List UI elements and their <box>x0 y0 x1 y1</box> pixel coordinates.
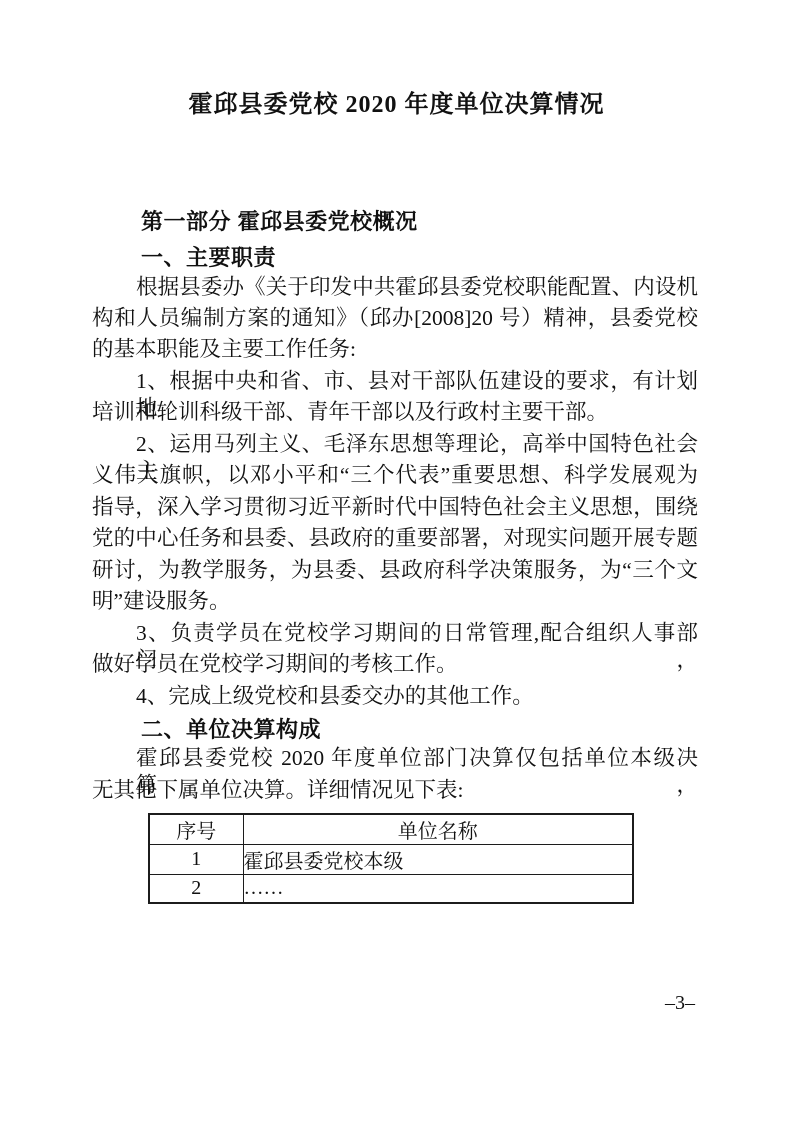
heading-section1: 一、主要职责 <box>141 241 276 272</box>
body-line: 义伟大旗帜，以邓小平和“三个代表”重要思想、科学发展观为 <box>92 462 698 489</box>
body-line: 构和人员编制方案的通知》（邱办[2008]20 号）精神，县委党校 <box>92 305 698 332</box>
body-line: 党的中心任务和县委、县政府的重要部署，对现实问题开展专题 <box>92 525 698 552</box>
body-line: 无其他下属单位决算。详细情况见下表: <box>92 777 698 804</box>
document-title: 霍邱县委党校 2020 年度单位决算情况 <box>0 84 793 119</box>
body-line: 3、负责学员在党校学习期间的日常管理,配合组织人事部门， <box>92 620 698 647</box>
heading-section2: 二、单位决算构成 <box>141 713 321 744</box>
body-line: 根据县委办《关于印发中共霍邱县委党校职能配置、内设机 <box>92 274 698 301</box>
body-line: 4、完成上级党校和县委交办的其他工作。 <box>92 683 698 710</box>
document-page: 霍邱县委党校 2020 年度单位决算情况 第一部分 霍邱县委党校概况 一、主要职… <box>0 0 793 1122</box>
body-line: 1、根据中央和省、市、县对干部队伍建设的要求，有计划地 <box>92 368 698 395</box>
body-line: 研讨，为教学服务，为县委、县政府科学决策服务，为“三个文 <box>92 557 698 584</box>
table-cell-seq: 1 <box>149 845 243 875</box>
table-header-row: 序号 单位名称 <box>149 814 633 845</box>
body-line: 2、运用马列主义、毛泽东思想等理论，高举中国特色社会主 <box>92 431 698 458</box>
body-line: 的基本职能及主要工作任务: <box>92 336 698 363</box>
table-header-seq: 序号 <box>149 814 243 845</box>
table-header-unit-name: 单位名称 <box>243 814 633 845</box>
table-row: 1 霍邱县委党校本级 <box>149 845 633 875</box>
table-row: 2 …… <box>149 875 633 904</box>
page-number: –3– <box>645 992 715 1015</box>
body-line: 培训和轮训科级干部、青年干部以及行政村主要干部。 <box>92 399 698 426</box>
table-cell-unit-name: 霍邱县委党校本级 <box>243 845 633 875</box>
body-line: 做好学员在党校学习期间的考核工作。 <box>92 651 698 678</box>
table-cell-unit-name: …… <box>243 875 633 904</box>
unit-table: 序号 单位名称 1 霍邱县委党校本级 2 …… <box>148 813 634 904</box>
body-line: 明”建设服务。 <box>92 588 698 615</box>
heading-part1: 第一部分 霍邱县委党校概况 <box>141 205 418 236</box>
body-line: 指导，深入学习贯彻习近平新时代中国特色社会主义思想，围绕 <box>92 494 698 521</box>
body-line: 霍邱县委党校 2020 年度单位部门决算仅包括单位本级决算， <box>92 745 698 772</box>
table-cell-seq: 2 <box>149 875 243 904</box>
